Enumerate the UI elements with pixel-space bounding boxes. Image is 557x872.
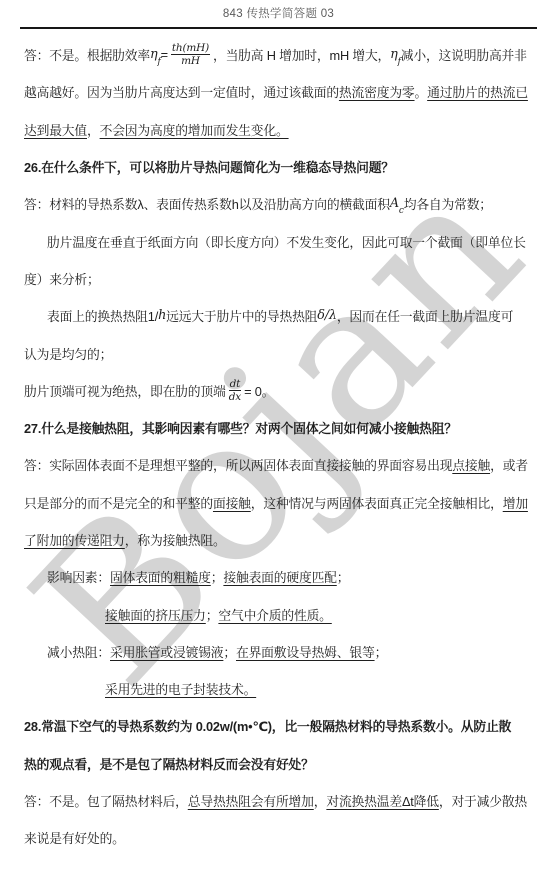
text-run: = 0。 (244, 381, 274, 400)
document-page: Bojan 843 传热学简答题 03 答：不是。根据肋效率ηf = th(mH… (0, 0, 557, 872)
text-run: 认为是均匀的； (24, 344, 112, 363)
text-run: ，称为接触热阻。 (125, 530, 226, 549)
question-line: 28.常温下空气的导热系数约为 0.02w/(m•℃)，比一般隔热材料的导热系数… (24, 707, 543, 744)
text-run: 28.常温下空气的导热系数约为 0.02w/(m•℃)，比一般隔热材料的导热系数… (24, 716, 511, 735)
text-run: η (390, 47, 397, 62)
answer-line: 答：不是。根据肋效率ηf = th(mH)mH，当肋高 H 增加时，mH 增大，… (24, 36, 543, 73)
text-run: 肋片温度在垂直于纸面方向（即长度方向）不发生变化，因此可取一个截面（即单位长 (47, 232, 526, 251)
text-run: ； (375, 642, 388, 661)
answer-line: 肋片温度在垂直于纸面方向（即长度方向）不发生变化，因此可取一个截面（即单位长 (24, 222, 543, 259)
text-run: ； (211, 567, 224, 586)
page-title: 843 传热学简答题 03 (0, 0, 557, 21)
text-run: 度）来分析； (24, 269, 100, 288)
answer-line: 接触面的挤压压力；空气中介质的性质。 (24, 595, 543, 632)
text-run: 了附加的传递阻力 (24, 530, 125, 549)
text-run: 接触面的挤压压力 (105, 605, 206, 624)
text-run: 。 (415, 82, 428, 101)
text-run: 答：不是。根据肋效率 (24, 45, 150, 64)
answer-line: 采用先进的电子封装技术。 (24, 670, 543, 707)
text-run: 空气中介质的性质。 (218, 605, 331, 624)
answer-line: 答：不是。包了隔热材料后，总导热热阻会有所增加，对流换热温差Δt降低，对于减少散… (24, 782, 543, 819)
text-run: 增加 (503, 493, 528, 512)
text-run: 表面上的换热热阻1/ (47, 306, 158, 325)
text-run: 减小热阻： (47, 642, 110, 661)
answer-line: 越高越好。因为当肋片高度达到一定值时，通过该截面的热流密度为零。通过肋片的热流已 (24, 73, 543, 110)
content: 答：不是。根据肋效率ηf = th(mH)mH，当肋高 H 增加时，mH 增大，… (24, 36, 543, 857)
answer-line: 答：材料的导热系数λ、表面传热系数h以及沿肋高方向的横截面积Ac均各自为常数； (24, 185, 543, 222)
question-line: 26.在什么条件下，可以将肋片导热问题简化为一维稳态导热问题？ (24, 148, 543, 185)
text-run: δ/λ (317, 308, 337, 323)
text-run: 影响因素： (47, 567, 110, 586)
text-run: 在界面敷设导热姆、银等 (236, 642, 375, 661)
text-run: 不会因为高度的增加而发生变化。 (100, 120, 289, 139)
answer-line: 达到最大值，不会因为高度的增加而发生变化。 (24, 111, 543, 148)
text-run: 远远大于肋片中的导热热阻 (166, 306, 317, 325)
text-run: 采用先进的电子封装技术。 (105, 679, 256, 698)
answer-line: 只是部分的而不是完全的和平整的面接触，这种情况与两固体表面真正完全接触相比，增加 (24, 484, 543, 521)
text-run: 减小，这说明肋高并非 (401, 45, 527, 64)
text-run: 达到最大值 (24, 120, 87, 139)
question-line: 热的观点看，是不是包了隔热材料反而会没有好处？ (24, 745, 543, 782)
answer-line: 肋片顶端可视为绝热，即在肋的顶端dtdx = 0。 (24, 372, 543, 409)
text-run: ，或者 (490, 455, 528, 474)
text-run: ； (206, 605, 219, 624)
answer-line: 表面上的换热热阻1/h远远大于肋片中的导热热阻δ/λ，因而在任一截面上肋片温度可 (24, 297, 543, 334)
text-run: 肋片顶端可视为绝热，即在肋的顶端 (24, 381, 226, 400)
text-run: ，对于减少散热 (439, 791, 527, 810)
text-run: 答：实际固体表面不是理想平整的，所以两固体表面直接接触的界面容易出现 (24, 455, 452, 474)
text-run: ，因而在任一截面上肋片温度可 (337, 306, 513, 325)
text-run: 答：材料的导热系数λ、表面传热系数h以及沿肋高方向的横截面积 (24, 194, 390, 213)
text-run: 均各自为常数； (404, 194, 492, 213)
text-run: 来说是有好处的。 (24, 828, 125, 847)
text-run: h (158, 308, 166, 323)
answer-line: 影响因素：固体表面的粗糙度；接触表面的硬度匹配； (24, 558, 543, 595)
text-run: 越高越好。因为当肋片高度达到一定值时，通过该截面的 (24, 82, 339, 101)
text-run: ， (87, 120, 100, 139)
text-run: 固体表面的粗糙度 (110, 567, 211, 586)
answer-line: 了附加的传递阻力，称为接触热阻。 (24, 521, 543, 558)
text-run: 接触表面的硬度匹配 (223, 567, 336, 586)
text-run: = (161, 47, 168, 62)
text-run: ， (314, 791, 327, 810)
text-run: 26.在什么条件下，可以将肋片导热问题简化为一维稳态导热问题？ (24, 157, 394, 176)
text-run: 热流密度为零 (339, 82, 415, 101)
text-run: 点接触 (452, 455, 490, 474)
text-run: 27.什么是接触热阻，其影响因素有哪些？对两个固体之间如何减小接触热阻？ (24, 418, 457, 437)
document-header: 843 传热学简答题 03 (0, 0, 557, 29)
text-run: ； (223, 642, 236, 661)
answer-line: 认为是均匀的； (24, 334, 543, 371)
text-run: ； (337, 567, 350, 586)
text-run: ，这种情况与两固体表面真正完全接触相比， (251, 493, 503, 512)
text-run: 对流换热温差Δt降低 (326, 791, 438, 810)
formula-fraction: dtdx (229, 378, 242, 403)
text-run: 热的观点看，是不是包了隔热材料反而会没有好处？ (24, 754, 314, 773)
text-run: A (390, 196, 399, 211)
text-run: 面接触 (213, 493, 251, 512)
answer-line: 度）来分析； (24, 260, 543, 297)
header-divider (20, 27, 537, 29)
text-run: 采用胀管或浸镀锡液 (110, 642, 223, 661)
answer-line: 答：实际固体表面不是理想平整的，所以两固体表面直接接触的界面容易出现点接触，或者 (24, 446, 543, 483)
text-run: 总导热热阻会有所增加 (188, 791, 314, 810)
text-run: 通过肋片的热流已 (427, 82, 528, 101)
text-run: ，当肋高 H 增加时，mH 增大， (213, 45, 390, 64)
answer-line: 减小热阻：采用胀管或浸镀锡液；在界面敷设导热姆、银等； (24, 633, 543, 670)
answer-line: 来说是有好处的。 (24, 819, 543, 856)
question-line: 27.什么是接触热阻，其影响因素有哪些？对两个固体之间如何减小接触热阻？ (24, 409, 543, 446)
text-run: 只是部分的而不是完全的和平整的 (24, 493, 213, 512)
formula-fraction: th(mH)mH (171, 42, 210, 67)
text-run: 答：不是。包了隔热材料后， (24, 791, 188, 810)
